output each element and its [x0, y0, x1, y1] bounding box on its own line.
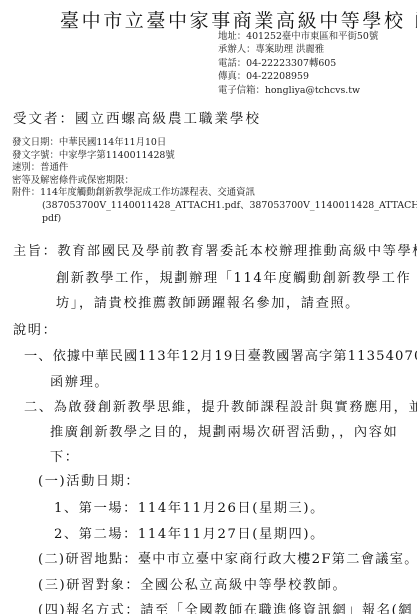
subject-line-1: 主旨：教育部國民及學前教育署委託本校辦理推動高級中等學校 [13, 240, 417, 259]
document-meta: 發文日期：中華民國114年11月10日 發文字號：中家學字第1140011428… [12, 137, 417, 225]
document-title: 臺中市立臺中家事商業高級中等學校 函 [60, 6, 417, 33]
security-level: 密等及解密條件或保密期限： [12, 175, 417, 188]
delivery-speed: 速別：普通件 [12, 162, 417, 175]
explanation-item-1: 一、依據中華民國113年12月19日臺教國署高字第1135407085號 [24, 345, 417, 364]
attachment-files[interactable]: (387053700V_1140011428_ATTACH1.pdf、38705… [12, 200, 417, 213]
contact-handler: 承辦人：專案助理 洪麗雅 [218, 43, 378, 56]
subject-line-2: 創新教學工作，規劃辦理「114年度觸動創新教學工作 [56, 267, 411, 286]
recipient: 受文者：國立西螺高級農工職業學校 [13, 107, 261, 127]
explanation-item-2-end: 下： [50, 446, 80, 465]
subject-line-3: 坊」，請貴校推薦教師踴躍報名參加，請查照。 [56, 292, 360, 311]
contact-email: 電子信箱：hongliya@tchcvs.tw [218, 84, 378, 97]
session-1-date: 1、第一場：114年11月26日(星期三)。 [54, 497, 325, 516]
explanation-item-1-cont: 函辦理。 [50, 371, 109, 390]
explanation-item-2-cont: 推廣創新教學之目的，規劃兩場次研習活動，，內容如 [50, 421, 398, 440]
contact-address: 地址：401252臺中市東區和平街50號 [218, 30, 378, 43]
attachment-line: 附件：114年度觸動創新教學泥成工作坊課程表、交通資訊 [12, 187, 417, 200]
document-number: 發文字號：中家學字第1140011428號 [12, 150, 417, 163]
sub-item-venue: (二)研習地點：臺中市立臺中家商行政大樓2F第二會議室。 [38, 548, 417, 567]
issue-date: 發文日期：中華民國114年11月10日 [12, 137, 417, 150]
explanation-heading: 說明： [13, 319, 57, 338]
sub-item-registration: (四)報名方式：請至「全國教師在職進修資訊網」報名(網 [38, 599, 413, 614]
explanation-item-2: 二、為啟發創新教學思維，提升教師課程設計與實務應用，並 [24, 396, 417, 415]
session-2-date: 2、第二場：114年11月27日(星期四)。 [54, 523, 325, 542]
contact-block: 地址：401252臺中市東區和平街50號 承辦人：專案助理 洪麗雅 電話：04-… [218, 30, 378, 97]
sub-item-audience: (三)研習對象：全國公私立高級中等學校教師。 [38, 574, 347, 593]
contact-fax: 傳真：04-22208959 [218, 70, 378, 83]
sub-item-activity-date: (一)活動日期： [38, 470, 140, 489]
contact-phone: 電話：04-22223307轉605 [218, 57, 378, 70]
attachment-files-cont: pdf) [12, 213, 417, 226]
